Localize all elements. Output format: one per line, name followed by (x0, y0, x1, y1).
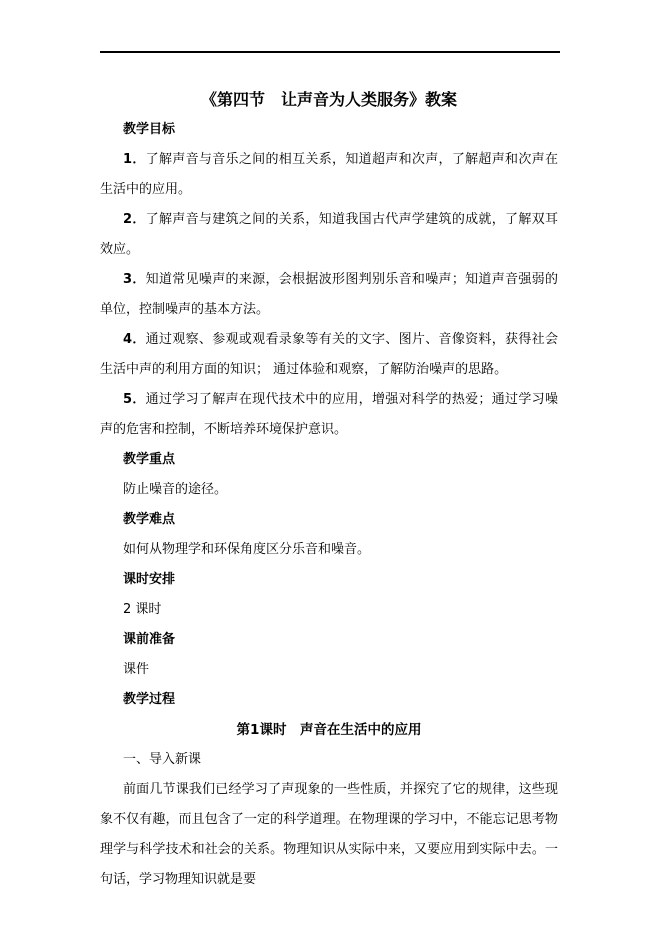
difficulties-text: 如何从物理学和环保角度区分乐音和噪音。 (100, 535, 558, 565)
document-title: 《第四节 让声音为人类服务》教案 (100, 85, 558, 115)
objective-item-2: 2．了解声音与建筑之间的关系，知道我国古代声学建筑的成就，了解双耳效应。 (100, 205, 558, 265)
objective-item-4-text: 通过观察、参观或观看录象等有关的文字、图片、音像资料，获得社会生活中声的利用方面… (100, 332, 558, 377)
preparation-text: 课件 (100, 655, 558, 685)
objective-item-1-number: 1． (123, 152, 146, 167)
objective-item-4-number: 4． (123, 332, 146, 347)
schedule-text: 2 课时 (100, 595, 558, 625)
key-points-text: 防止噪音的途径。 (100, 475, 558, 505)
objective-item-5-number: 5． (123, 392, 146, 407)
objective-item-1-text: 了解声音与音乐之间的相互关系，知道超声和次声，了解超声和次声在生活中的应用。 (100, 152, 558, 197)
objectives-heading: 教学目标 (100, 115, 558, 145)
lesson-1-title: 第1课时 声音在生活中的应用 (100, 715, 558, 745)
section-1-heading: 一、导入新课 (100, 745, 558, 775)
objective-item-3: 3．知道常见噪声的来源，会根据波形图判别乐音和噪声；知道声音强弱的单位，控制噪声… (100, 265, 558, 325)
process-heading: 教学过程 (100, 685, 558, 715)
schedule-heading: 课时安排 (100, 565, 558, 595)
intro-paragraph: 前面几节课我们已经学习了声现象的一些性质，并探究了它的规律，这些现象不仅有趣，而… (100, 775, 558, 895)
objective-item-4: 4．通过观察、参观或观看录象等有关的文字、图片、音像资料，获得社会生活中声的利用… (100, 325, 558, 385)
header-rule (100, 51, 560, 53)
document-page: 《第四节 让声音为人类服务》教案 教学目标 1．了解声音与音乐之间的相互关系，知… (0, 0, 658, 932)
objective-item-1: 1．了解声音与音乐之间的相互关系，知道超声和次声，了解超声和次声在生活中的应用。 (100, 145, 558, 205)
objective-item-3-text: 知道常见噪声的来源，会根据波形图判别乐音和噪声；知道声音强弱的单位，控制噪声的基… (100, 272, 558, 317)
objective-item-2-text: 了解声音与建筑之间的关系，知道我国古代声学建筑的成就，了解双耳效应。 (100, 212, 558, 257)
key-points-heading: 教学重点 (100, 445, 558, 475)
preparation-heading: 课前准备 (100, 625, 558, 655)
objective-item-3-number: 3． (123, 272, 146, 287)
objective-item-5-text: 通过学习了解声在现代技术中的应用，增强对科学的热爱；通过学习噪声的危害和控制，不… (100, 392, 558, 437)
document-content: 《第四节 让声音为人类服务》教案 教学目标 1．了解声音与音乐之间的相互关系，知… (100, 85, 558, 895)
objective-item-5: 5．通过学习了解声在现代技术中的应用，增强对科学的热爱；通过学习噪声的危害和控制… (100, 385, 558, 445)
objective-item-2-number: 2． (123, 212, 146, 227)
difficulties-heading: 教学难点 (100, 505, 558, 535)
